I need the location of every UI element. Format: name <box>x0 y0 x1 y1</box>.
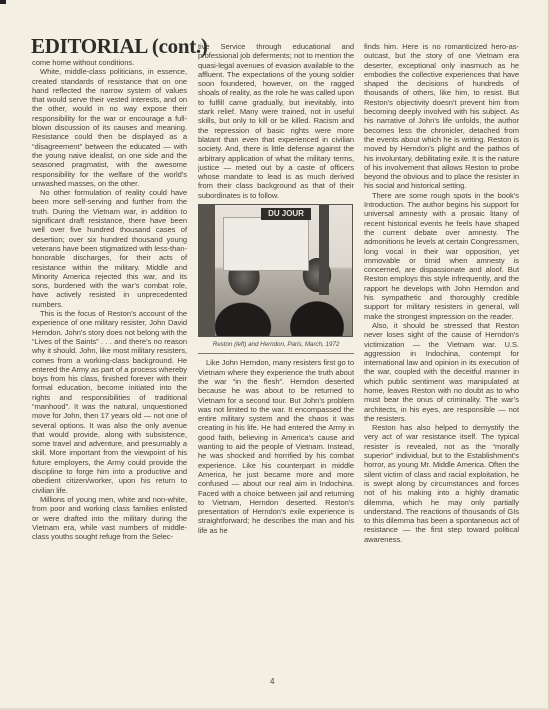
divider <box>198 353 354 354</box>
photo-pillar-right <box>319 205 329 295</box>
column-2: tive Service through educational and pro… <box>198 42 354 535</box>
paragraph: tive Service through educational and pro… <box>198 42 354 200</box>
photo-caption: Reston (left) and Herndon, Paris, March,… <box>198 340 354 349</box>
page-number: 4 <box>270 677 274 686</box>
photo-pillar <box>199 205 215 337</box>
photo-window <box>223 217 309 271</box>
paragraph: No other formulation of reality could ha… <box>32 188 187 309</box>
paragraph: Like John Herndon, many resisters first … <box>198 358 354 535</box>
paragraph: come home without conditions. <box>32 58 187 67</box>
paragraph: There are some rough spots in the book’s… <box>364 191 519 321</box>
magazine-page: EDITORIAL (cont.) come home without cond… <box>0 0 550 710</box>
paragraph: Millions of young men, white and non-whi… <box>32 495 187 541</box>
paragraph: finds him. Here is no romanticized hero-… <box>364 42 519 191</box>
paragraph: Reston has also helped to demystify the … <box>364 423 519 544</box>
column-3: finds him. Here is no romanticized hero-… <box>364 42 519 544</box>
paragraph: This is the focus of Reston’s account of… <box>32 309 187 495</box>
scan-corner-mark <box>0 0 6 4</box>
photo-reston-herndon: DU JOUR <box>198 204 353 337</box>
column-1: come home without conditions. White, mid… <box>32 58 187 541</box>
page-title: EDITORIAL (cont.) <box>31 34 208 59</box>
paragraph: Also, it should be stressed that Reston … <box>364 321 519 423</box>
photo-sign: DU JOUR <box>261 208 311 220</box>
paragraph: White, middle-class politicians, in esse… <box>32 67 187 188</box>
